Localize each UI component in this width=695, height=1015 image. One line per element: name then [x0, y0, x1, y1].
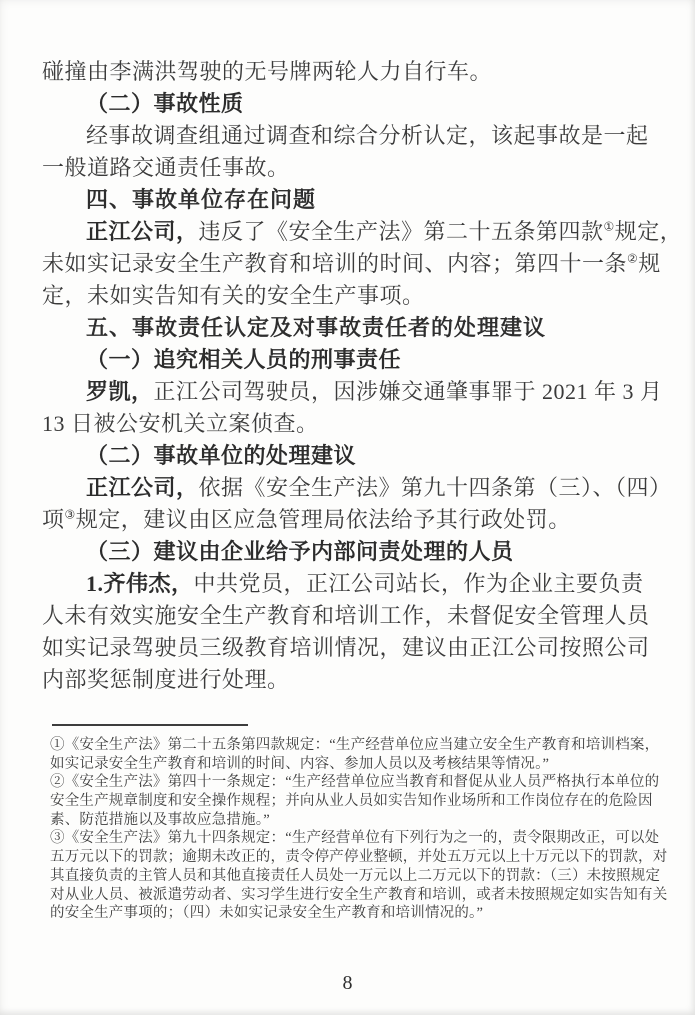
body-text-run: 项 [42, 507, 65, 532]
page-number: 8 [0, 972, 695, 995]
emphasized-name: 正江公司， [86, 219, 199, 244]
body-line: 未如实记录安全生产教育和培训的时间、内容；第四十一条②规 [42, 248, 659, 280]
emphasized-name: 正江公司， [86, 475, 199, 500]
body-line: 罗凯，正江公司驾驶员，因涉嫌交通肇事罪于 2021 年 3 月 [42, 376, 659, 408]
body-line: 定，未如实告知有关的安全生产事项。 [42, 280, 659, 312]
footnote-separator [52, 724, 248, 726]
body-line: 正江公司，依据《安全生产法》第九十四条第（三）、（四） [42, 472, 659, 504]
body-line: 碰撞由李满洪驾驶的无号牌两轮人力自行车。 [42, 56, 659, 88]
body-text-run: 中共党员，正江公司站长，作为企业主要负责 [194, 571, 644, 596]
footnote-line: ①《安全生产法》第二十五条第四款规定：“生产经营单位应当建立安全生产教育和培训档… [50, 736, 665, 755]
body-line: 经事故调查组通过调查和综合分析认定，该起事故是一起 [42, 120, 659, 152]
section-heading: （二）事故性质 [42, 88, 659, 120]
body-text-run: 依据《安全生产法》第九十四条第（三）、（四） [199, 475, 672, 500]
body-text-run: 正江公司驾驶员，因涉嫌交通肇事罪于 2021 年 3 月 [154, 379, 663, 404]
footnote-marker-2: ② [627, 252, 638, 266]
body-text-run: 未如实记录安全生产教育和培训的时间、内容；第四十一条 [42, 251, 627, 276]
body-line: 内部奖惩制度进行处理。 [42, 664, 659, 696]
body-line: 正江公司，违反了《安全生产法》第二十五条第四款①规定， [42, 216, 659, 248]
body-text-run: 规定， [615, 219, 683, 244]
body-line: 13 日被公安机关立案侦查。 [42, 408, 659, 440]
footnote-line: 安全生产规章制度和安全操作规程；并向从业人员如实告知作业场所和工作岗位存在的危险… [50, 792, 665, 811]
footnote-line: 其直接负责的主管人员和其他直接责任人员处一万元以上二万元以下的罚款：（三）未按照… [50, 867, 665, 886]
section-heading: （一）追究相关人员的刑事责任 [42, 344, 659, 376]
footnote-marker-3: ③ [65, 508, 76, 522]
body-line: 1.齐伟杰，中共党员，正江公司站长，作为企业主要负责 [42, 568, 659, 600]
footnote-line: 素、防范措施以及事故应急措施。” [50, 811, 665, 830]
body-text-run: 规定，建议由区应急管理局依法给予其行政处罚。 [76, 507, 571, 532]
body-text-run: 规 [638, 251, 661, 276]
footnote-line: 对从业人员、被派遣劳动者、实习学生进行安全生产教育和培训，或者未按照规定如实告知… [50, 886, 665, 905]
section-heading: 四、事故单位存在问题 [42, 184, 659, 216]
section-heading: 五、事故责任认定及对事故责任者的处理建议 [42, 312, 659, 344]
footnote-line: 的安全生产事项的；（四）未如实记录安全生产教育和培训情况的。” [50, 904, 665, 923]
footnote-line: 五万元以下的罚款；逾期未改正的，责令停产停业整顿，并处五万元以上十万元以下的罚款… [50, 848, 665, 867]
body-line: 如实记录驾驶员三级教育培训情况，建议由正江公司按照公司 [42, 632, 659, 664]
footnote-line: ③《安全生产法》第九十四条规定：“生产经营单位有下列行为之一的，责令限期改正，可… [50, 829, 665, 848]
body-line: 人未有效实施安全生产教育和培训工作，未督促安全管理人员 [42, 600, 659, 632]
body-text: 碰撞由李满洪驾驶的无号牌两轮人力自行车。 （二）事故性质 经事故调查组通过调查和… [42, 56, 659, 696]
section-heading: （二）事故单位的处理建议 [42, 440, 659, 472]
document-page: 碰撞由李满洪驾驶的无号牌两轮人力自行车。 （二）事故性质 经事故调查组通过调查和… [0, 0, 695, 1015]
section-heading: （三）建议由企业给予内部问责处理的人员 [42, 536, 659, 568]
footnote-marker-1: ① [604, 220, 615, 234]
footnote-line: ②《安全生产法》第四十一条规定：“生产经营单位应当教育和督促从业人员严格执行本单… [50, 773, 665, 792]
body-line: 项③规定，建议由区应急管理局依法给予其行政处罚。 [42, 504, 659, 536]
footnote-line: 如实记录安全生产教育和培训的时间、内容、参加人员以及考核结果等情况。” [50, 755, 665, 774]
emphasized-name: 罗凯， [86, 379, 154, 404]
emphasized-name: 1.齐伟杰， [86, 571, 194, 596]
body-text-run: 违反了《安全生产法》第二十五条第四款 [199, 219, 604, 244]
body-line: 一般道路交通责任事故。 [42, 152, 659, 184]
footnotes-block: ①《安全生产法》第二十五条第四款规定：“生产经营单位应当建立安全生产教育和培训档… [50, 736, 665, 923]
